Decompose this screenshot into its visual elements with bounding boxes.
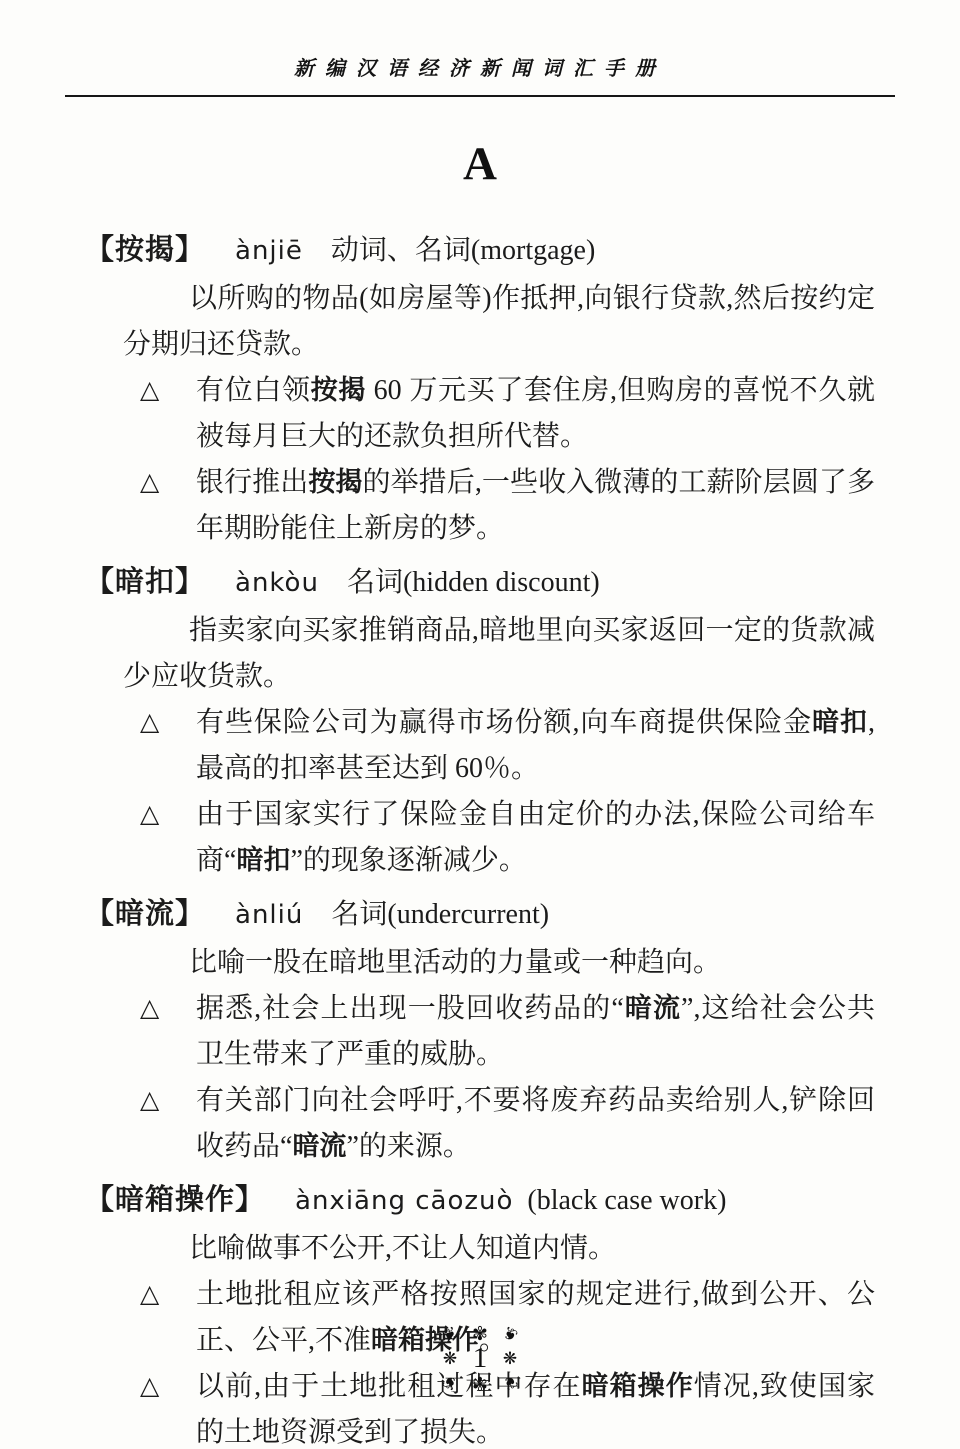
example-item: △有位白领按揭 60 万元买了套住房,但购房的喜悦不久就被每月巨大的还款负担所代… bbox=[140, 368, 875, 460]
entry-pinyin: ànxiāng cāozuò bbox=[295, 1186, 513, 1216]
entry-headline: 【暗扣】ànkòu名词(hidden discount) bbox=[85, 557, 875, 608]
triangle-example-marker-icon: △ bbox=[140, 1272, 196, 1318]
entry-pinyin: ànjiē bbox=[235, 236, 303, 266]
entry-pinyin: ànkòu bbox=[235, 568, 319, 598]
dictionary-entry: 【暗流】ànliú名词(undercurrent)比喻一股在暗地里活动的力量或一… bbox=[85, 889, 875, 1170]
triangle-example-marker-icon: △ bbox=[140, 986, 196, 1032]
example-item: △银行推出按揭的举措后,一些收入微薄的工薪阶层圆了多年期盼能住上新房的梦。 bbox=[140, 460, 875, 552]
leaf-ornament-icon: ❋ bbox=[503, 1350, 517, 1367]
entry-headline: 【暗流】ànliú名词(undercurrent) bbox=[85, 889, 875, 940]
section-letter: A bbox=[0, 137, 960, 191]
example-item: △由于国家实行了保险金自由定价的办法,保险公司给车商“暗扣”的现象逐渐减少。 bbox=[140, 792, 875, 884]
entry-headword: 【暗扣】 bbox=[85, 566, 205, 598]
leaf-ornament-icon: ❦ bbox=[500, 1323, 520, 1344]
english-translation: (undercurrent) bbox=[387, 899, 549, 930]
part-of-speech: 动词、名词 bbox=[331, 235, 471, 266]
example-text: 由于国家实行了保险金自由定价的办法,保险公司给车商“暗扣”的现象逐渐减少。 bbox=[196, 792, 875, 884]
running-title: 新编汉语经济新闻词汇手册 bbox=[0, 52, 960, 81]
example-keyword: 暗扣 bbox=[236, 845, 290, 876]
page-folio: ❦ ✾ ❦ ❋ 1 ❋ ❦ ✾ ❦ bbox=[437, 1322, 523, 1394]
triangle-example-marker-icon: △ bbox=[140, 460, 196, 506]
example-keyword: 暗流 bbox=[624, 993, 681, 1024]
example-text: 有关部门向社会呼吁,不要将废弃药品卖给别人,铲除回收药品“暗流”的来源。 bbox=[196, 1078, 875, 1170]
example-item: △有关部门向社会呼吁,不要将废弃药品卖给别人,铲除回收药品“暗流”的来源。 bbox=[140, 1078, 875, 1170]
leaf-ornament-icon: ❦ bbox=[500, 1371, 520, 1392]
example-segment: 有些保险公司为赢得市场份额,向车商提供保险金 bbox=[196, 707, 812, 738]
example-keyword: 按揭 bbox=[308, 467, 362, 498]
entries-list: 【按揭】ànjiē动词、名词(mortgage)以所购的物品(如房屋等)作抵押,… bbox=[85, 225, 875, 1449]
example-item: △据悉,社会上出现一股回收药品的“暗流”,这给社会公共卫生带来了严重的威胁。 bbox=[140, 986, 875, 1078]
example-keyword: 暗扣 bbox=[812, 707, 868, 738]
definition-text: 比喻一股在暗地里活动的力量或一种趋向。 bbox=[123, 940, 875, 986]
entry-headword: 【暗流】 bbox=[85, 898, 205, 930]
entry-pinyin: ànliú bbox=[235, 900, 303, 930]
example-keyword: 暗流 bbox=[292, 1131, 346, 1162]
example-keyword: 暗箱操作 bbox=[582, 1371, 694, 1402]
header-rule bbox=[65, 95, 895, 97]
english-translation: (black case work) bbox=[527, 1185, 726, 1216]
leaf-ornament-icon: ❦ bbox=[440, 1371, 460, 1392]
triangle-example-marker-icon: △ bbox=[140, 368, 196, 414]
definition-text: 以所购的物品(如房屋等)作抵押,向银行贷款,然后按约定分期归还贷款。 bbox=[123, 276, 875, 368]
example-segment: ”的来源。 bbox=[346, 1131, 470, 1162]
triangle-example-marker-icon: △ bbox=[140, 792, 196, 838]
example-text: 土地批租应该严格按照国家的规定进行,做到公开、公正、公平,不准暗箱操作。 bbox=[196, 1272, 875, 1364]
example-text: 以前,由于土地批租过程中存在暗箱操作情况,致使国家的土地资源受到了损失。 bbox=[196, 1364, 875, 1449]
triangle-example-marker-icon: △ bbox=[140, 700, 196, 746]
leaf-ornament-icon: ✾ bbox=[472, 1325, 488, 1344]
example-item: △有些保险公司为赢得市场份额,向车商提供保险金暗扣,最高的扣率甚至达到 60％。 bbox=[140, 700, 875, 792]
leaf-ornament-icon: ❋ bbox=[443, 1350, 457, 1367]
part-of-speech: 名词 bbox=[331, 899, 387, 930]
definition-text: 指卖家向买家推销商品,暗地里向买家返回一定的货款减少应收货款。 bbox=[123, 608, 875, 700]
example-text: 有些保险公司为赢得市场份额,向车商提供保险金暗扣,最高的扣率甚至达到 60％。 bbox=[196, 700, 875, 792]
dictionary-entry: 【按揭】ànjiē动词、名词(mortgage)以所购的物品(如房屋等)作抵押,… bbox=[85, 225, 875, 552]
example-text: 据悉,社会上出现一股回收药品的“暗流”,这给社会公共卫生带来了严重的威胁。 bbox=[196, 986, 875, 1078]
triangle-example-marker-icon: △ bbox=[140, 1364, 196, 1410]
english-translation: (mortgage) bbox=[471, 235, 595, 266]
leaf-ornament-icon: ✾ bbox=[472, 1373, 488, 1392]
entry-headline: 【按揭】ànjiē动词、名词(mortgage) bbox=[85, 225, 875, 276]
english-translation: (hidden discount) bbox=[403, 567, 600, 598]
page-header: 新编汉语经济新闻词汇手册 bbox=[0, 52, 960, 97]
example-text: 银行推出按揭的举措后,一些收入微薄的工薪阶层圆了多年期盼能住上新房的梦。 bbox=[196, 460, 875, 552]
example-segment: 银行推出 bbox=[196, 467, 308, 498]
entry-headword: 【暗箱操作】 bbox=[85, 1184, 265, 1216]
entry-headword: 【按揭】 bbox=[85, 234, 205, 266]
example-text: 有位白领按揭 60 万元买了套住房,但购房的喜悦不久就被每月巨大的还款负担所代替… bbox=[196, 368, 875, 460]
example-keyword: 按揭 bbox=[311, 375, 366, 406]
page-number: 1 bbox=[473, 1344, 488, 1373]
dictionary-entry: 【暗扣】ànkòu名词(hidden discount)指卖家向买家推销商品,暗… bbox=[85, 557, 875, 884]
example-segment: 土地批租应该严格按照国家的规定进行,做到公开、公正、公平,不准 bbox=[196, 1279, 875, 1356]
part-of-speech: 名词 bbox=[347, 567, 403, 598]
example-segment: ”的现象逐渐减少。 bbox=[290, 845, 526, 876]
dictionary-entry: 【暗箱操作】ànxiāng cāozuò(black case work)比喻做… bbox=[85, 1175, 875, 1449]
dictionary-page: 新编汉语经济新闻词汇手册 A 【按揭】ànjiē动词、名词(mortgage)以… bbox=[0, 0, 960, 1449]
example-segment: 有位白领 bbox=[196, 375, 311, 406]
definition-text: 比喻做事不公开,不让人知道内情。 bbox=[123, 1226, 875, 1272]
leaf-ornament-icon: ❦ bbox=[440, 1323, 460, 1344]
entry-headline: 【暗箱操作】ànxiāng cāozuò(black case work) bbox=[85, 1175, 875, 1226]
triangle-example-marker-icon: △ bbox=[140, 1078, 196, 1124]
example-segment: 以前,由于土地批租过程中存在 bbox=[196, 1371, 582, 1402]
example-segment: 据悉,社会上出现一股回收药品的“ bbox=[196, 993, 624, 1024]
